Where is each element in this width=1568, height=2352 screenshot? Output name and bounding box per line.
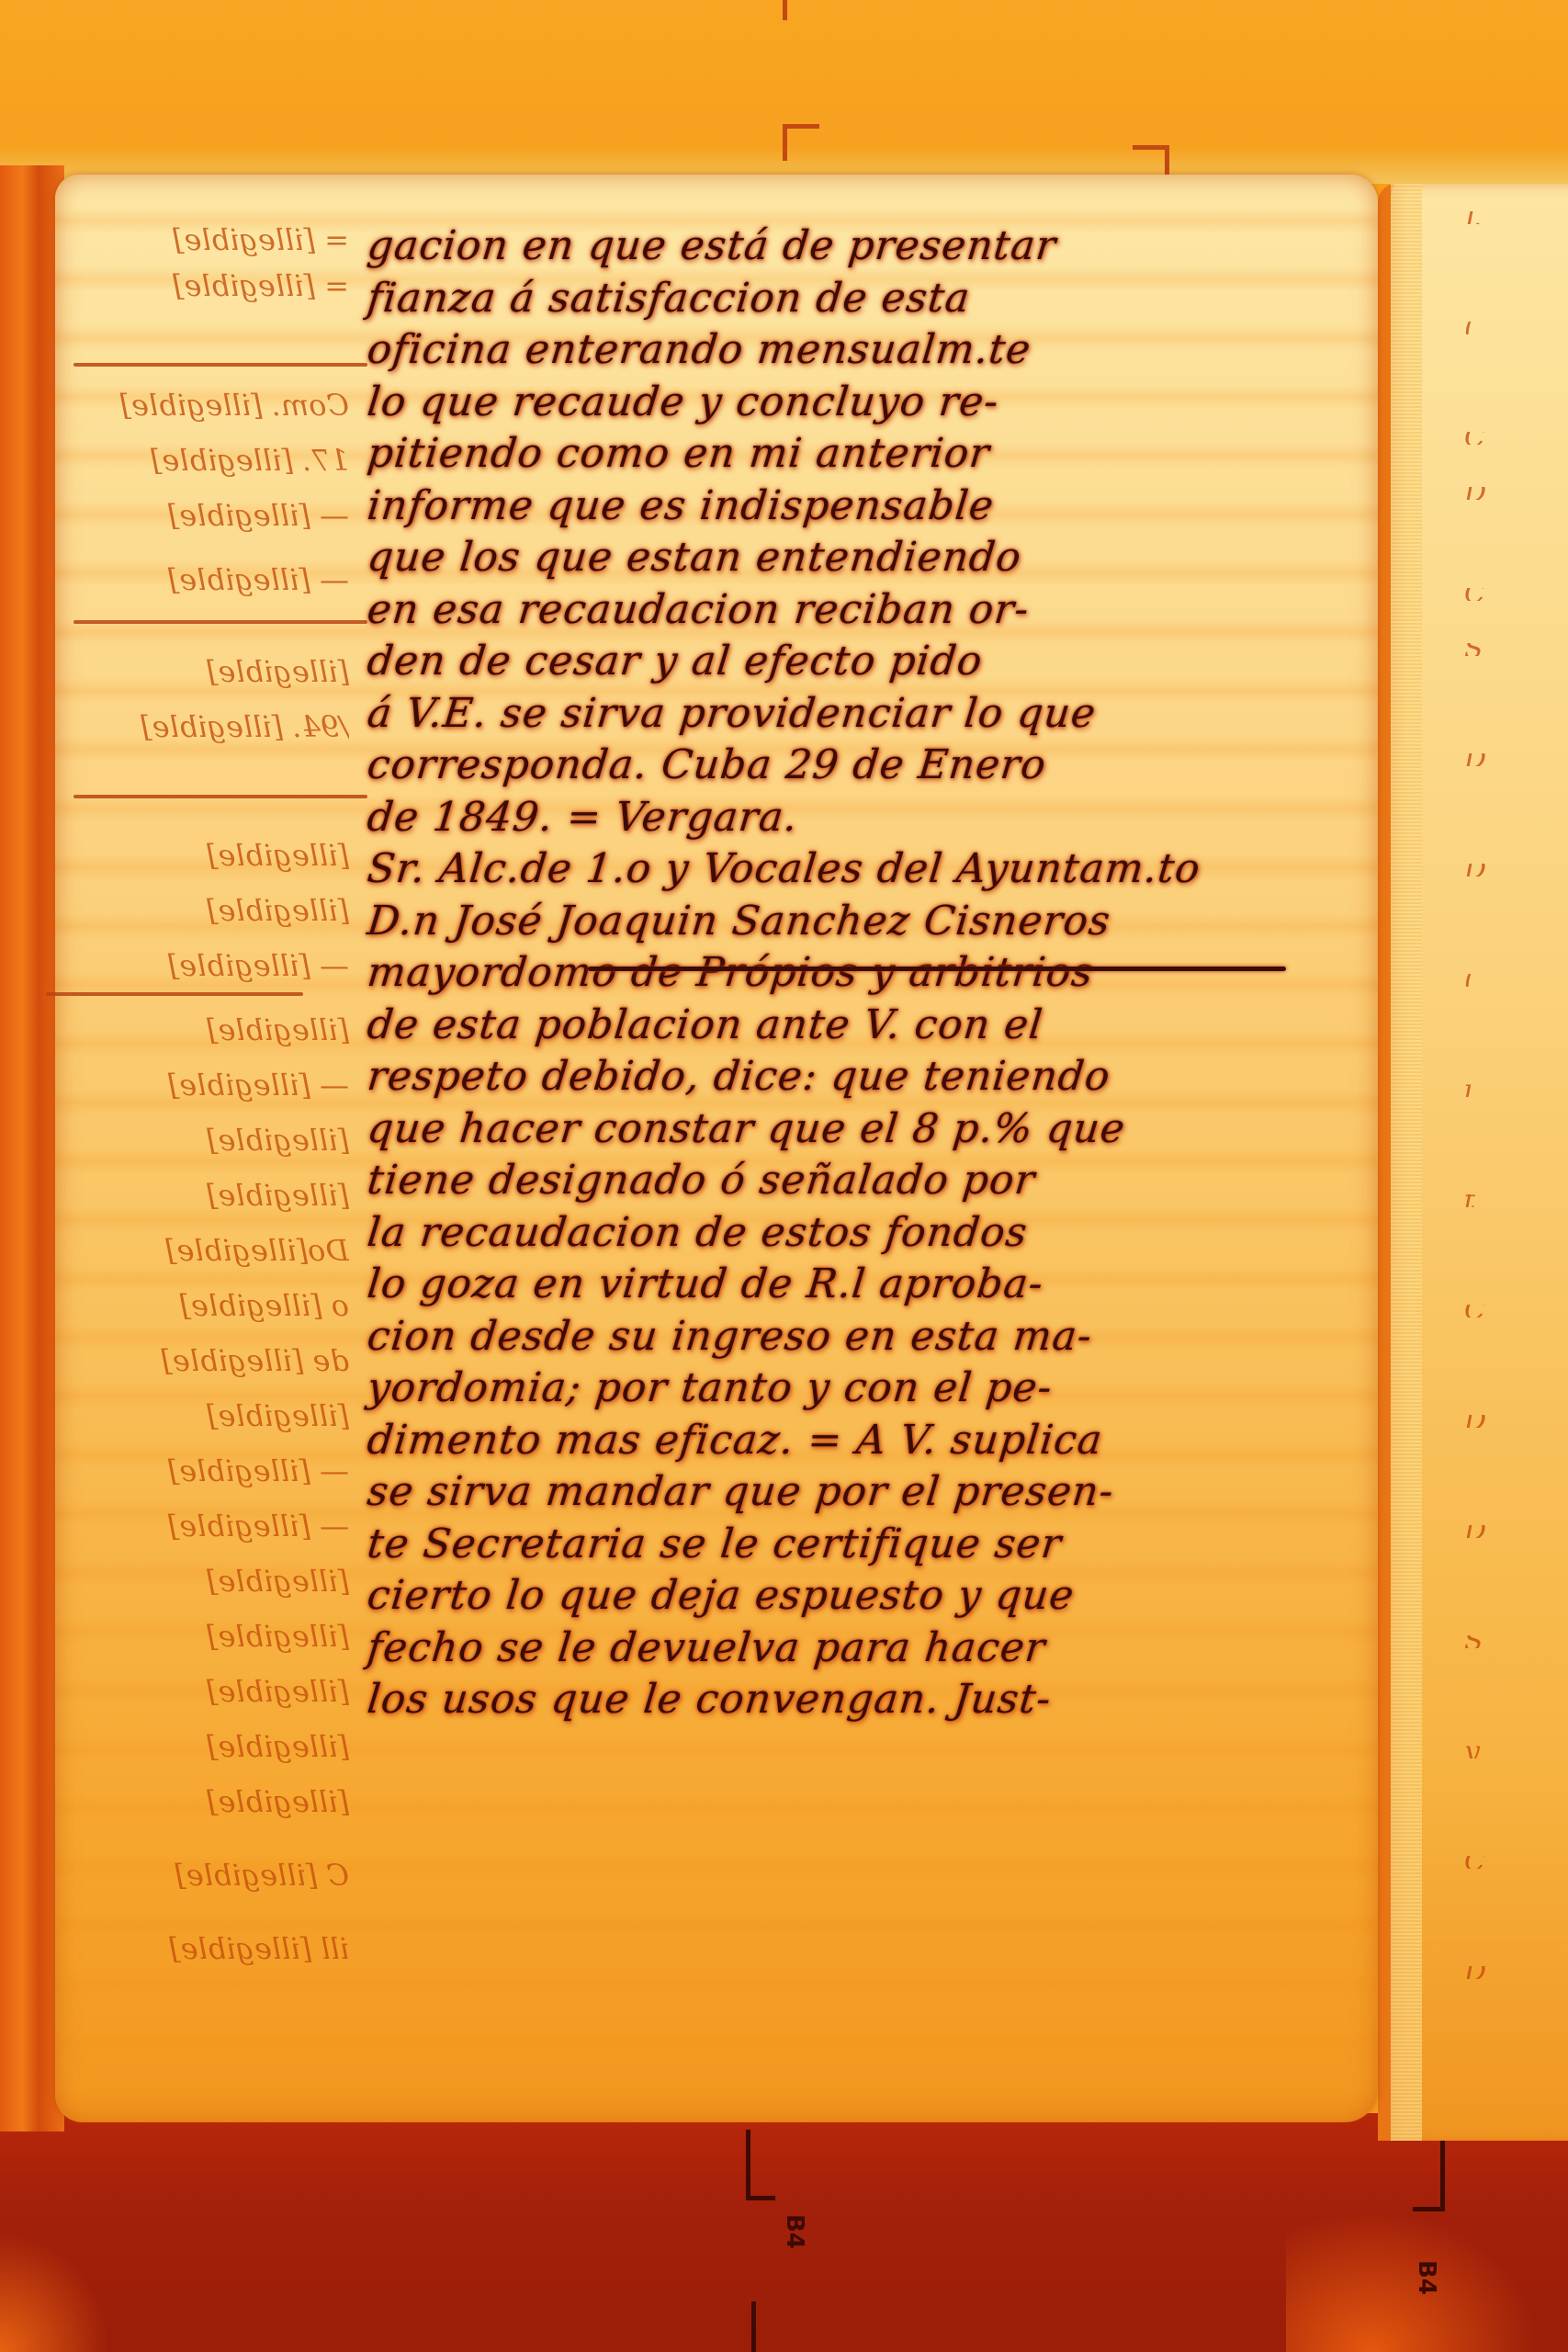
- bleed-through-line: — [illegible]: [73, 1452, 349, 1490]
- text-line: D.n José Joaquin Sanchez Cisneros: [365, 896, 1371, 948]
- text-line: cierto lo que deja espuesto y que: [365, 1570, 1371, 1623]
- text-line: á V.E. se sirva providenciar lo que: [365, 688, 1371, 741]
- bleed-through-line: [illegible]: [73, 1011, 349, 1049]
- bleed-through-line: — [illegible]: [73, 1066, 349, 1104]
- bleed-through-line: 17. [illegible]: [73, 441, 349, 480]
- bleed-through-line: — [illegible]: [73, 560, 349, 599]
- text-line: tiene designado ó señalado por: [365, 1155, 1371, 1207]
- text-line: se sirva mandar que por el presen-: [365, 1466, 1371, 1519]
- adjacent-page-fragment: D: [1464, 1415, 1568, 1428]
- adjacent-page-fragment: D: [1464, 1525, 1568, 1538]
- bleed-through-line: [illegible]: [73, 1396, 349, 1435]
- signature-line: de 1849. = Vergara.: [365, 792, 1371, 844]
- frame-marker-label: B4: [781, 2214, 808, 2249]
- bleed-through-line: [illegible]: [73, 1672, 349, 1711]
- text-line: mayordomo de Própios y arbitrios: [365, 947, 1371, 1000]
- bleed-through-line: = [illegible]: [73, 266, 349, 305]
- adjacent-page-fragment: y: [1464, 1746, 1568, 1758]
- left-margin-bleed-through: = [illegible] = [illegible] Com. [illegi…: [73, 202, 349, 2095]
- text-line: de esta poblacion ante V. con el: [365, 1000, 1371, 1052]
- bleed-through-line: C [illegible]: [73, 1856, 349, 1894]
- bleed-through-line: [illegible]: [73, 652, 349, 691]
- adjacent-page-fragment: S: [1464, 643, 1568, 656]
- margin-rule: [73, 620, 367, 624]
- text-line: den de cesar y al efecto pido: [365, 636, 1371, 688]
- bleed-through-line: [illegible]: [73, 891, 349, 930]
- bleed-through-line: Com. [illegible]: [73, 386, 349, 424]
- margin-rule: [73, 795, 367, 798]
- adjacent-page-fragment: C: [1464, 432, 1568, 445]
- signature-underline: [588, 967, 1286, 971]
- margin-rule: [73, 363, 367, 367]
- text-line: en esa recaudacion reciban or-: [365, 584, 1371, 637]
- bleed-through-line: /94. [illegible]: [73, 707, 349, 746]
- text-line: gacion en que está de presentar: [365, 220, 1371, 273]
- text-line: te Secretaria se le certifique ser: [365, 1519, 1371, 1571]
- bleed-through-line: o [illegible]: [73, 1286, 349, 1325]
- adjacent-page-fragment: i: [1464, 1084, 1568, 1097]
- adjacent-page-fragment: (: [1464, 322, 1568, 334]
- adjacent-page-fragment: t: [1464, 1194, 1568, 1207]
- text-line: cion desde su ingreso en esta ma-: [365, 1311, 1371, 1363]
- text-line: dimento mas eficaz. = A V. suplica: [365, 1415, 1371, 1467]
- text-line: corresponda. Cuba 29 de Enero: [365, 740, 1371, 792]
- bleed-through-line: — [illegible]: [73, 496, 349, 535]
- salutation-line: Sr. Alc.de 1.o y Vocales del Ayuntam.to: [365, 843, 1371, 896]
- adjacent-page-fragment: S: [1464, 1635, 1568, 1648]
- margin-rule: [46, 992, 303, 996]
- adjacent-page-fragment: C: [1464, 1856, 1568, 1869]
- bleed-through-line: [illegible]: [73, 836, 349, 875]
- frame-marker-label: B4: [1413, 2260, 1440, 2295]
- bleed-through-line: [illegible]: [73, 1782, 349, 1821]
- text-line: fecho se le devuelva para hacer: [365, 1623, 1371, 1675]
- adjacent-page-fragment: D: [1464, 753, 1568, 766]
- page-edge-texture: [1391, 184, 1422, 2141]
- bleed-through-line: [illegible]: [73, 1617, 349, 1656]
- text-line: yordomia; por tanto y con el pe-: [365, 1363, 1371, 1415]
- text-line: lo que recaude y concluyo re-: [365, 377, 1371, 429]
- bleed-through-line: [illegible]: [73, 1176, 349, 1215]
- text-line: respeto debido, dice: que teniendo: [365, 1051, 1371, 1103]
- adjacent-page: J. ( C D C S D D ( i t C D D S y C D: [1378, 184, 1568, 2141]
- text-line: lo goza en virtud de R.l aproba-: [365, 1259, 1371, 1311]
- adjacent-page-fragment: D: [1464, 487, 1568, 500]
- bleed-through-line: [illegible]: [73, 1727, 349, 1766]
- text-line: que hacer constar que el 8 p.% que: [365, 1103, 1371, 1156]
- bleed-through-line: ill [illegible]: [73, 1929, 349, 1968]
- text-line: que los que estan entendiendo: [365, 532, 1371, 584]
- bleed-through-line: = [illegible]: [73, 220, 349, 259]
- bleed-through-line: [illegible]: [73, 1121, 349, 1159]
- bleed-through-line: Do[illegible]: [73, 1231, 349, 1270]
- text-line: los usos que le convengan. Just-: [365, 1674, 1371, 1726]
- manuscript-text: gacion en que está de presentar fianza á…: [367, 220, 1369, 1726]
- light-glow-bottom-left: [0, 2233, 110, 2352]
- text-line: informe que es indispensable: [365, 481, 1371, 533]
- bleed-through-line: — [illegible]: [73, 1507, 349, 1545]
- adjacent-page-fragment: C: [1464, 1305, 1568, 1317]
- adjacent-page-fragment: D: [1464, 864, 1568, 876]
- bleed-through-line: [illegible]: [73, 1562, 349, 1600]
- text-line: la recaudacion de estos fondos: [365, 1207, 1371, 1260]
- bleed-through-line: — [illegible]: [73, 946, 349, 985]
- bleed-through-line: de [illegible]: [73, 1341, 349, 1380]
- text-line: fianza á satisfaccion de esta: [365, 273, 1371, 325]
- text-line: oficina enterando mensualm.te: [365, 324, 1371, 377]
- adjacent-page-fragment: (: [1464, 974, 1568, 987]
- adjacent-page-fragment: D: [1464, 1966, 1568, 1979]
- adjacent-page-fragment: J.: [1464, 211, 1568, 224]
- text-line: pitiendo como en mi anterior: [365, 428, 1371, 481]
- adjacent-page-fragment: C: [1464, 588, 1568, 601]
